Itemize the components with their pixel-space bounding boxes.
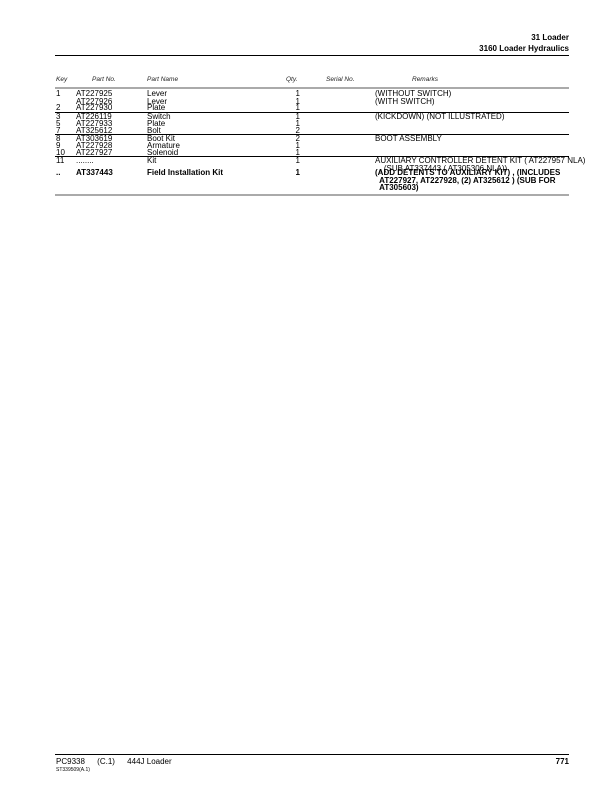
cell-qty: 1 xyxy=(284,169,300,177)
footer-sub: ST339509(A.1) xyxy=(56,767,90,773)
cell-remarks: BOOT ASSEMBLY xyxy=(375,135,442,143)
cell-remarks: (KICKDOWN) (NOT ILLUSTRATED) xyxy=(375,113,504,121)
remarks-line: AT305603) xyxy=(375,184,560,192)
table-end-rule xyxy=(55,194,569,196)
col-remarks: Remarks xyxy=(412,76,438,83)
col-part-no: Part No. xyxy=(92,76,116,83)
col-qty: Qty. xyxy=(286,76,297,83)
header-divider xyxy=(55,87,569,89)
col-part-name: Part Name xyxy=(147,76,178,83)
cell-key: 11 xyxy=(56,157,64,165)
page-number: 771 xyxy=(556,757,569,766)
cell-key: 1 xyxy=(56,90,60,98)
cell-qty: 1 xyxy=(284,157,300,165)
footer-rule xyxy=(55,754,569,755)
footer-info: PC9338 (C.1) 444J Loader xyxy=(56,757,182,766)
group-divider xyxy=(55,156,569,157)
header-section: 31 Loader xyxy=(531,33,569,42)
header-rule xyxy=(55,55,569,56)
footer-model: 444J Loader xyxy=(127,757,171,766)
cell-remarks: (WITH SWITCH) xyxy=(375,98,435,106)
col-key: Key xyxy=(56,76,67,83)
group-divider xyxy=(55,112,569,113)
cell-part-name: Field Installation Kit xyxy=(147,169,223,177)
cell-key: .. xyxy=(56,169,60,177)
footer-doc: PC9338 xyxy=(56,757,85,766)
cell-part-no: AT337443 xyxy=(76,169,113,177)
cell-key: 2 xyxy=(56,104,60,112)
cell-part-name: Plate xyxy=(147,104,165,112)
cell-part-no: AT227930 xyxy=(76,104,112,112)
cell-part-name: Kit xyxy=(147,157,156,165)
col-serial-no: Serial No. xyxy=(326,76,355,83)
header-group: 3160 Loader Hydraulics xyxy=(479,44,569,53)
footer-rev: (C.1) xyxy=(97,757,115,766)
group-divider xyxy=(55,134,569,135)
cell-remarks: (ADD DETENTS TO AUXILIARY KIT) , (INCLUD… xyxy=(375,169,560,192)
cell-part-no: ........ xyxy=(76,157,94,165)
cell-qty: 1 xyxy=(284,104,300,112)
